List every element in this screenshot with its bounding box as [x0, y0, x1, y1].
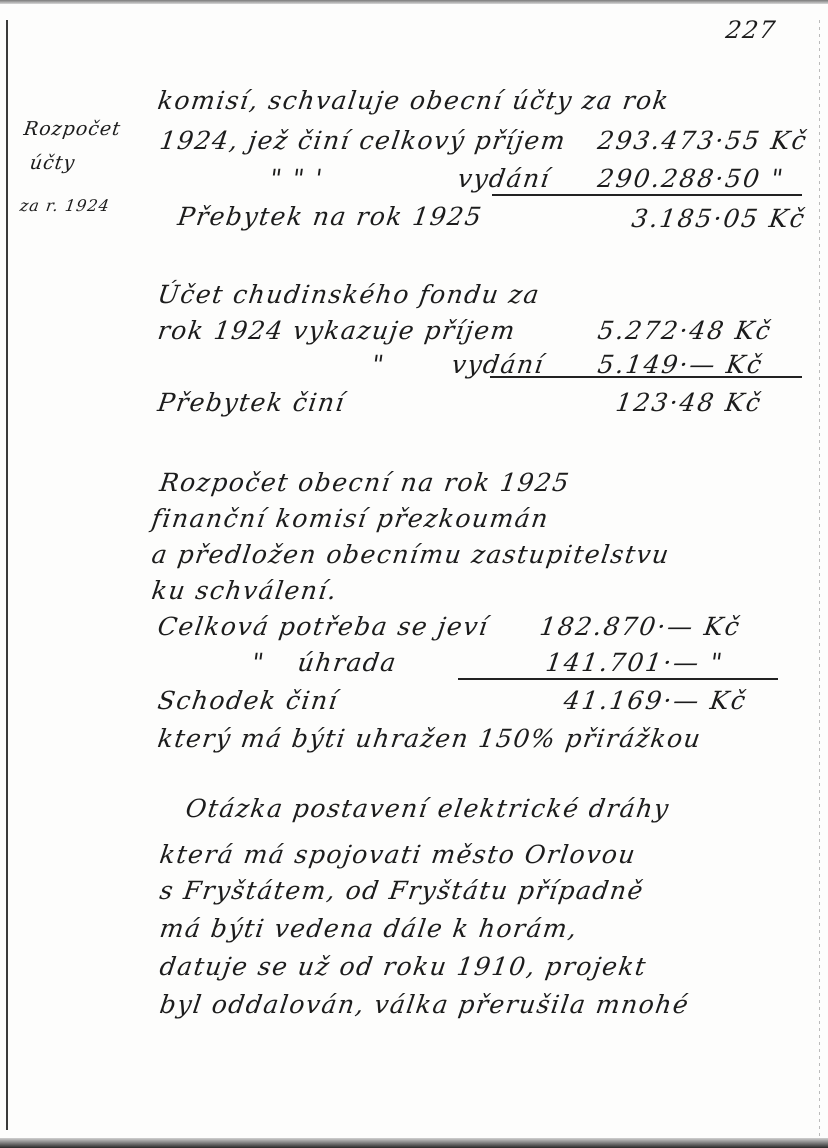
budget-line-4: ku schválení. [150, 576, 340, 605]
poor-fund-line-1: Účet chudinského fondu za [156, 280, 542, 309]
scan-bottom-edge [0, 1138, 828, 1148]
ledger-page: 227 Rozpočet účty za r. 1924 komisí, sch… [0, 0, 828, 1148]
tramway-line-4: má býti vedena dále k horám, [158, 914, 580, 943]
accounts-expense-amount: 290.288·50 " [596, 164, 787, 193]
tramway-line-2: která má spojovati město Orlovou [158, 840, 638, 869]
accounts-surplus-amount: 3.185·05 Kč [630, 204, 808, 233]
poor-fund-line-4-text: Přebytek činí [156, 388, 347, 417]
budget-sum-rule [458, 678, 778, 680]
page-binding-edge [6, 20, 8, 1130]
poor-fund-line-2-text: rok 1924 vykazuje příjem [156, 316, 518, 345]
accounts-line-3-text: vydání [456, 164, 552, 193]
margin-note-line-2: účty [28, 152, 76, 174]
budget-line-7-text: Schodek činí [156, 686, 340, 715]
margin-note-line-3: za r. 1924 [19, 196, 112, 215]
budget-ditto-mark: " [250, 648, 267, 677]
scan-right-edge [819, 20, 820, 1140]
accounts-income-amount: 293.473·55 Kč [596, 126, 810, 155]
budget-line-3: a předložen obecnímu zastupitelstvu [150, 540, 672, 569]
poor-fund-income-amount: 5.272·48 Kč [596, 316, 774, 345]
budget-line-6-text: úhrada [296, 648, 399, 677]
budget-deficit-amount: 41.169·— Kč [562, 686, 749, 715]
budget-need-amount: 182.870·— Kč [538, 612, 743, 641]
budget-line-1: Rozpočet obecní na rok 1925 [158, 468, 572, 497]
poor-fund-surplus-amount: 123·48 Kč [614, 388, 764, 417]
scan-top-edge [0, 0, 828, 4]
poor-fund-ditto-mark: " [370, 350, 387, 379]
tramway-line-1: Otázka postavení elektrické dráhy [184, 794, 672, 823]
budget-line-8: který má býti uhražen 150% přirážkou [156, 724, 704, 753]
page-number: 227 [724, 16, 778, 44]
accounts-line-2-text: 1924, jež činí celkový příjem [158, 126, 568, 155]
budget-line-5-text: Celková potřeba se jeví [156, 612, 491, 641]
budget-coverage-amount: 141.701·— " [544, 648, 726, 677]
accounts-line-4-text: Přebytek na rok 1925 [176, 202, 484, 231]
tramway-line-5: datuje se už od roku 1910, projekt [158, 952, 649, 981]
poor-fund-sum-rule [490, 376, 802, 378]
accounts-sum-rule [492, 194, 802, 196]
accounts-ditto-marks: " " ' [268, 164, 325, 193]
margin-note-line-1: Rozpočet [22, 118, 122, 140]
poor-fund-expense-amount: 5.149·— Kč [596, 350, 765, 379]
tramway-line-3: s Fryštátem, od Fryštátu případně [158, 876, 646, 905]
tramway-line-6: byl oddalován, válka přerušila mnohé [158, 990, 691, 1019]
poor-fund-line-3-text: vydání [450, 350, 546, 379]
accounts-line-1: komisí, schvaluje obecní účty za rok [156, 86, 672, 115]
budget-line-2: finanční komisí přezkoumán [150, 504, 551, 533]
